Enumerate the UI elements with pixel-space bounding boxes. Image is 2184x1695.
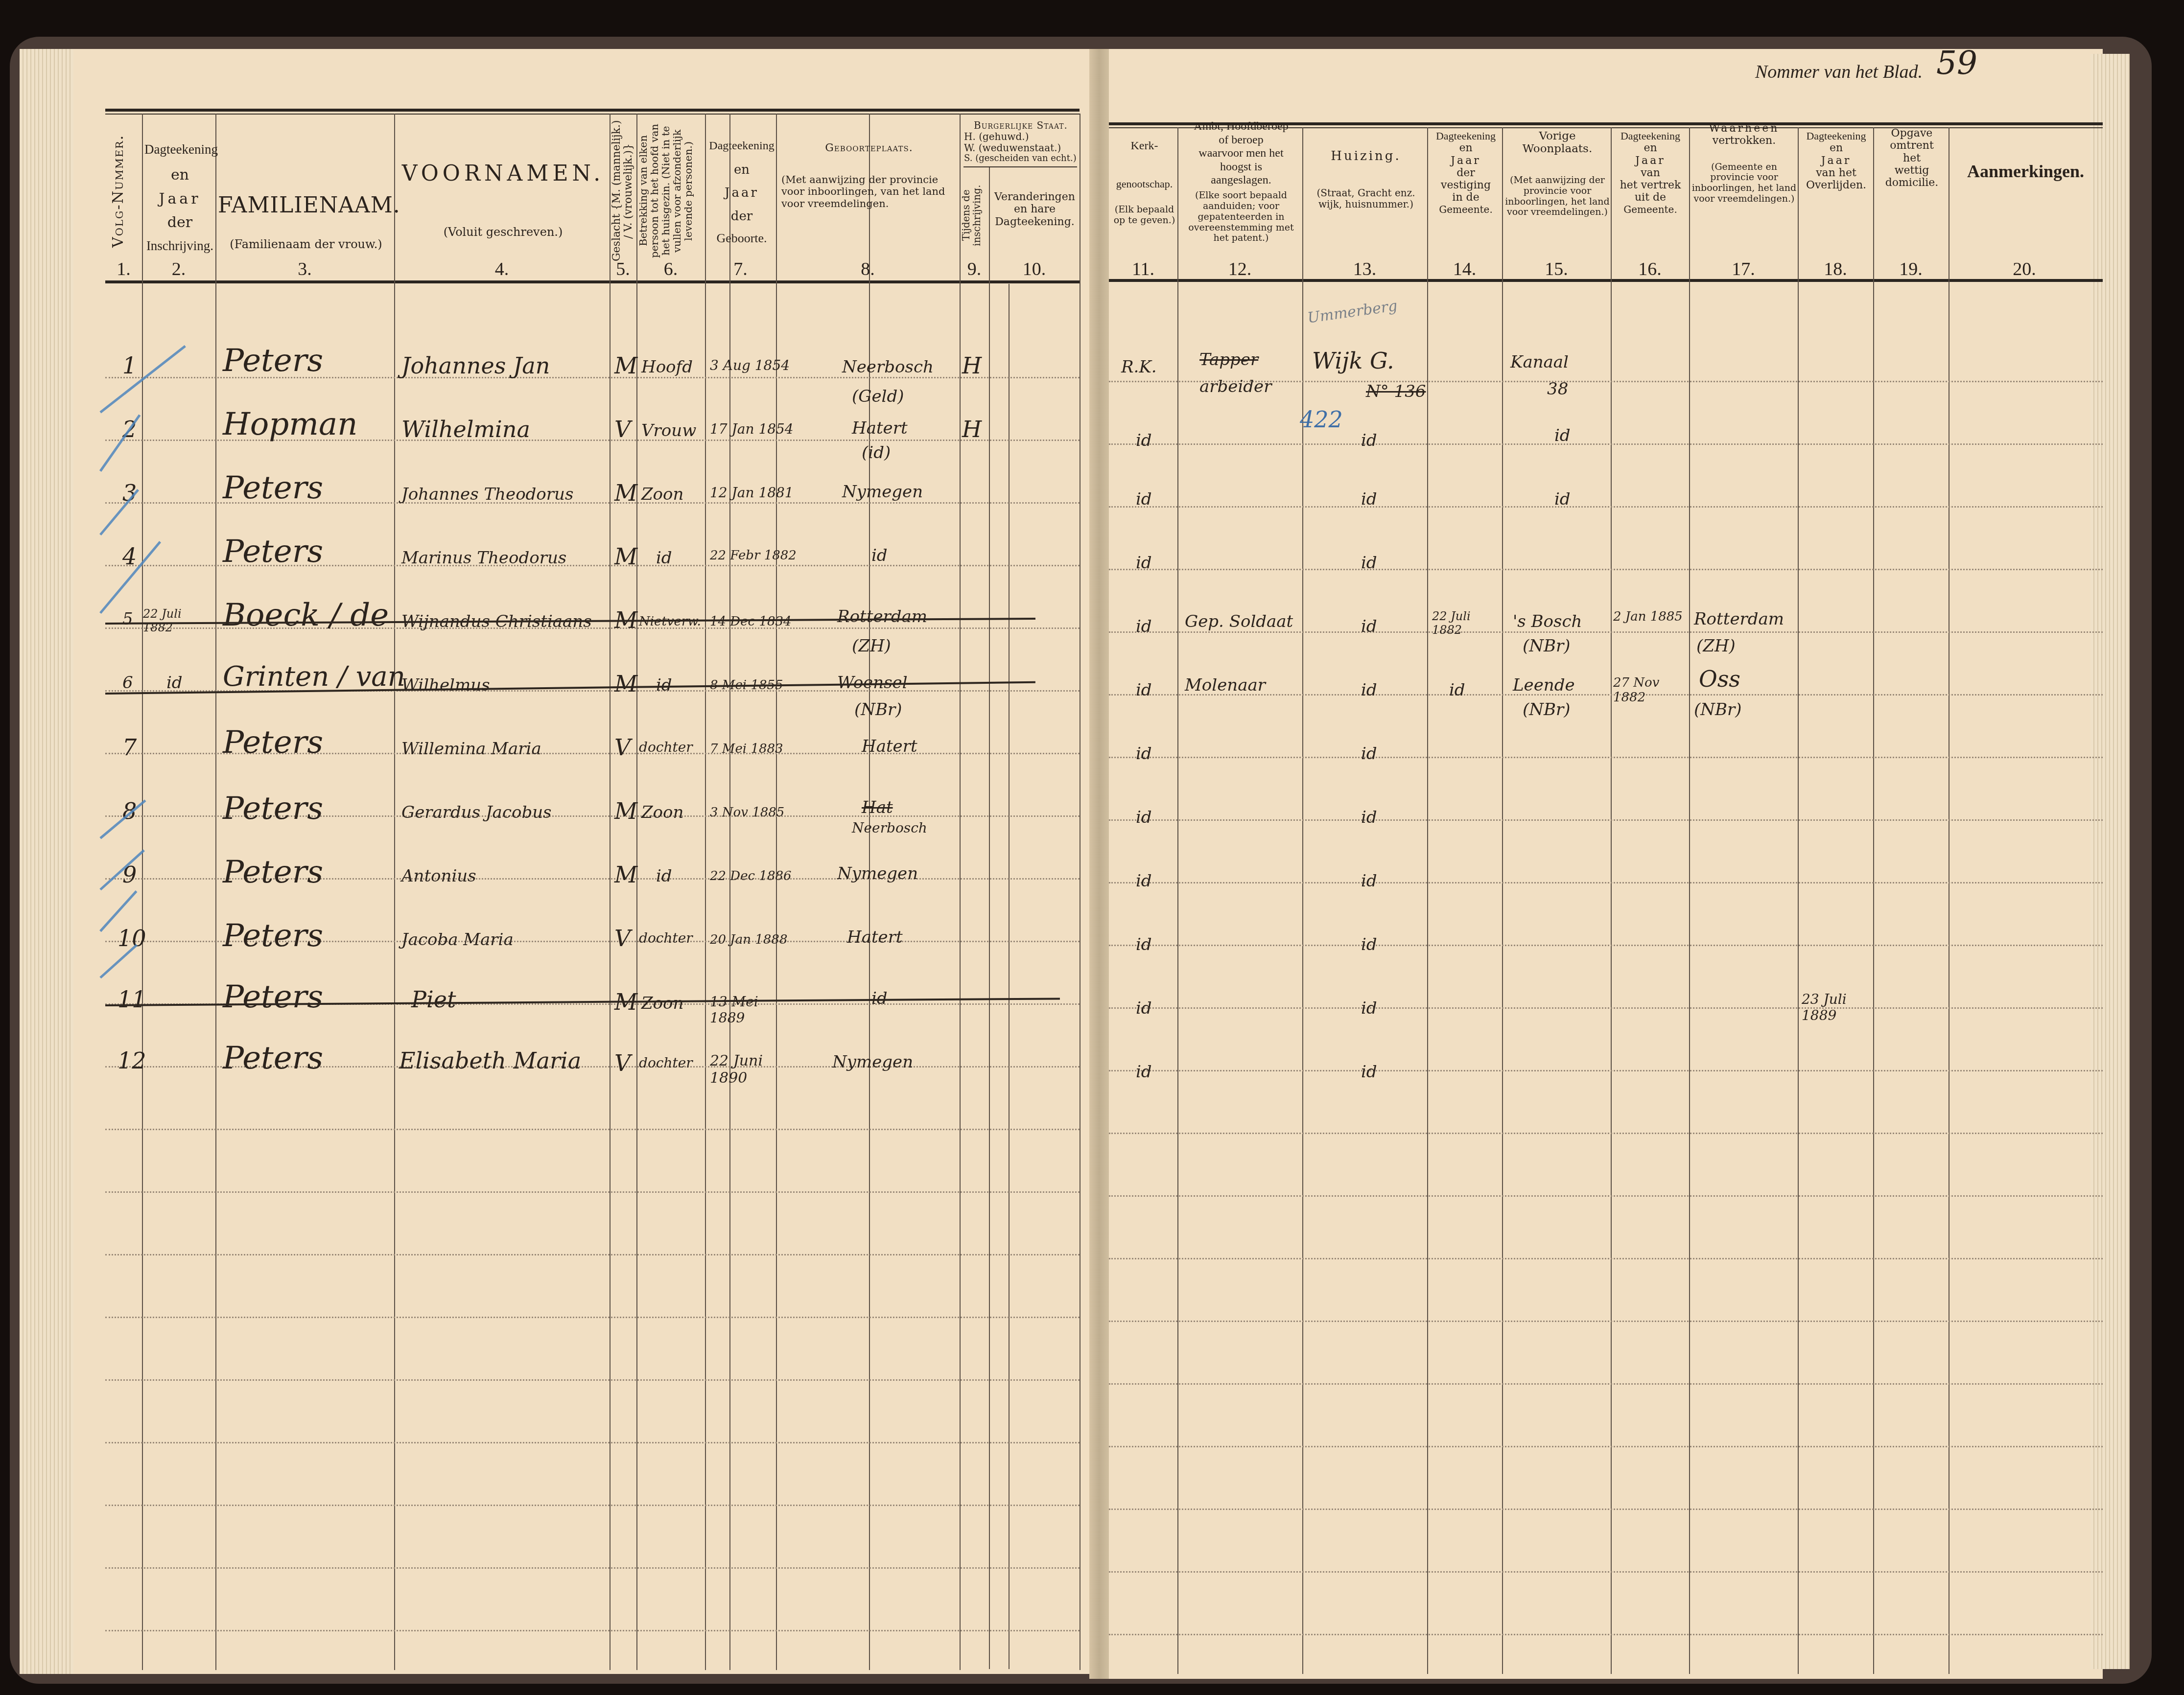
ruled-line-right bbox=[1109, 1070, 2103, 1071]
col-line bbox=[610, 114, 611, 1670]
entry-7-kerk: id bbox=[1136, 744, 1152, 764]
col-num-9: 9. bbox=[960, 258, 989, 280]
entry-10-kerk: id bbox=[1136, 935, 1152, 954]
header-text: en bbox=[1799, 142, 1873, 154]
col-line bbox=[1009, 284, 1010, 1669]
entry-11-geboorte: 13 Mei 1889 bbox=[710, 994, 783, 1026]
entry-1-betrekking: Hoofd bbox=[641, 357, 693, 377]
col-num-4: 4. bbox=[394, 258, 610, 280]
col-num-12: 12. bbox=[1177, 258, 1302, 280]
header-text: Jaar bbox=[707, 186, 776, 201]
entry-1-nr: 1 bbox=[122, 352, 137, 379]
entry-8-geboorteplaats: Neerbosch bbox=[852, 820, 927, 836]
header-text: van bbox=[1612, 167, 1689, 179]
col-num-3: 3. bbox=[215, 258, 394, 280]
entry-12-voornamen: Elisabeth Maria bbox=[399, 1047, 581, 1074]
entry-2-geslacht: V bbox=[614, 416, 631, 442]
header-text: (Met aanwijzing der provincie voor inboo… bbox=[1504, 175, 1611, 218]
entry-12-familienaam: Peters bbox=[223, 1040, 323, 1076]
page-number-value: 59 bbox=[1936, 44, 1977, 82]
entry-1-kerk: R.K. bbox=[1121, 357, 1157, 377]
entry-2-voornamen: Wilhelmina bbox=[401, 416, 530, 442]
entry-8-familienaam: Peters bbox=[223, 790, 323, 827]
header-text: (Met aanwijzing der provincie voor inboo… bbox=[778, 174, 960, 209]
entry-11-huizing: id bbox=[1361, 998, 1377, 1018]
entry-8-betrekking: Zoon bbox=[641, 803, 683, 822]
header-text: waarvoor men het bbox=[1180, 147, 1302, 161]
entry-4-familienaam: Peters bbox=[223, 534, 323, 570]
entry-7-nr: 7 bbox=[122, 734, 137, 761]
col-num-2: 2. bbox=[142, 258, 215, 280]
entry-6-vertrek: 27 Nov 1882 bbox=[1613, 675, 1687, 705]
entry-9-betrekking: id bbox=[656, 866, 672, 886]
entry-8-geslacht: M bbox=[614, 798, 637, 824]
entry-2-geboorteplaats-prov: (id) bbox=[862, 443, 891, 463]
header-geslacht: Geslacht {M. (mannelijk.) / V. (vrouweli… bbox=[611, 117, 636, 264]
header-text: of beroep bbox=[1180, 134, 1302, 147]
ruled-line-right bbox=[1109, 1195, 2103, 1197]
entry-4-geboorte: 22 Febr 1882 bbox=[710, 548, 797, 563]
entry-6-beroep: Molenaar bbox=[1185, 675, 1266, 695]
header-text: H. (gehuwd.) bbox=[962, 131, 1080, 142]
col-num-6: 6. bbox=[636, 258, 705, 280]
header-top-rule-left bbox=[105, 109, 1080, 112]
entry-11-kerk: id bbox=[1136, 998, 1152, 1018]
entry-7-geslacht: V bbox=[614, 734, 631, 761]
ruled-line-left bbox=[105, 1630, 1080, 1631]
ruled-line-right bbox=[1109, 1383, 2103, 1385]
col-line bbox=[1080, 114, 1080, 1670]
entry-5-waarheen-prov: (ZH) bbox=[1696, 636, 1736, 656]
col-num-7: 7. bbox=[705, 258, 776, 280]
entry-3-vorige-woonplaats: id bbox=[1554, 489, 1571, 509]
entry-9-geboorte: 22 Dec 1886 bbox=[710, 869, 792, 883]
entry-11-familienaam: Peters bbox=[223, 979, 323, 1015]
header-text: Kerk- bbox=[1111, 139, 1177, 153]
ruled-line-right bbox=[1109, 1007, 2103, 1009]
header-kerkgenootschap: Kerk- genootschap. (Elk bepaald op te ge… bbox=[1111, 139, 1177, 226]
entry-5-beroep: Gep. Soldaat bbox=[1185, 612, 1293, 631]
header-text: Dagteekening. bbox=[990, 216, 1080, 228]
header-text: Jaar bbox=[144, 191, 215, 208]
entry-1-familienaam: Peters bbox=[223, 343, 323, 379]
header-beroep: Ambt, Hoofdberoep of beroep waarvoor men… bbox=[1180, 120, 1302, 244]
entry-6-geslacht: M bbox=[614, 671, 637, 697]
entry-6-familienaam: Grinten / van bbox=[223, 661, 405, 693]
header-text: vestiging bbox=[1430, 179, 1502, 191]
header-top-thinrule-left bbox=[105, 114, 1080, 115]
entry-10-geboorteplaats: Hatert bbox=[847, 928, 903, 947]
entry-5-geboorte: 14 Dec 1834 bbox=[710, 614, 792, 629]
col-line bbox=[989, 166, 990, 1669]
ruled-line-left bbox=[105, 1254, 1080, 1255]
entry-1-beroep-struck: Tapper bbox=[1199, 350, 1258, 370]
ruled-line-right bbox=[1109, 1634, 2103, 1635]
col-line bbox=[1798, 127, 1799, 1674]
col-line bbox=[869, 114, 870, 1670]
entry-7-voornamen: Willemina Maria bbox=[401, 739, 541, 759]
entry-8-voornamen: Gerardus Jacobus bbox=[401, 803, 552, 822]
entry-3-voornamen: Johannes Theodorus bbox=[401, 485, 573, 504]
header-bottom-rule-left bbox=[105, 280, 1080, 283]
entry-5-familienaam: Boeck / de bbox=[223, 597, 389, 633]
entry-1-geboorteplaats-prov: (Geld) bbox=[852, 387, 904, 406]
header-text: Dagteekening bbox=[1799, 130, 1873, 142]
entry-4-kerk: id bbox=[1136, 553, 1152, 573]
header-text: het vertrek bbox=[1612, 179, 1689, 191]
entry-1-burg-staat: H bbox=[962, 352, 982, 379]
col-line bbox=[1302, 127, 1303, 1674]
col-line bbox=[1427, 127, 1428, 1674]
header-vestiging: Dagteekening en Jaar der vestiging in de… bbox=[1430, 130, 1502, 215]
entry-12-geboorte: 22 Juni 1890 bbox=[710, 1052, 778, 1087]
entry-8-huizing: id bbox=[1361, 808, 1377, 827]
entry-9-geslacht: M bbox=[614, 861, 637, 888]
header-text: Dagteekening bbox=[1430, 130, 1502, 142]
col-num-20: 20. bbox=[1949, 258, 2100, 280]
entry-6-vorige-woonplaats-prov: (NBr) bbox=[1523, 700, 1571, 720]
entry-1-geslacht: M bbox=[614, 352, 637, 379]
entry-5-vestiging: 22 Juli 1882 bbox=[1432, 609, 1501, 637]
entry-12-kerk: id bbox=[1136, 1062, 1152, 1082]
entry-12-huizing: id bbox=[1361, 1062, 1377, 1082]
ruled-line-right bbox=[1109, 1258, 2103, 1259]
col-line bbox=[960, 114, 961, 1670]
header-text: (Straat, Gracht enz. wijk, huisnummer.) bbox=[1305, 187, 1427, 210]
header-waarheen: Waarheen vertrokken. (Gemeente en provin… bbox=[1691, 122, 1798, 205]
entry-1-geboorte: 3 Aug 1854 bbox=[710, 357, 790, 373]
header-text: Vorige bbox=[1504, 130, 1611, 142]
entry-5-waarheen: Rotterdam bbox=[1694, 609, 1784, 629]
entry-6-kerk: id bbox=[1136, 680, 1152, 700]
header-text: genootschap. bbox=[1111, 178, 1177, 190]
entry-5-vorige-woonplaats-prov: (NBr) bbox=[1523, 636, 1571, 656]
entry-11-overlijden: 23 Juli 1889 bbox=[1802, 991, 1870, 1023]
header-text: FAMILIENAAM. bbox=[218, 193, 394, 218]
entry-9-huizing: id bbox=[1361, 871, 1377, 891]
entry-11-voornamen: Piet bbox=[411, 986, 456, 1013]
entry-4-voornamen: Marinus Theodorus bbox=[401, 548, 566, 568]
col-num-1: 1. bbox=[105, 258, 142, 280]
header-text: Woonplaats. bbox=[1504, 142, 1611, 155]
col-num-11: 11. bbox=[1109, 258, 1177, 280]
entry-12-geboorteplaats: Nymegen bbox=[832, 1052, 913, 1072]
entry-1-beroep: arbeider bbox=[1199, 377, 1271, 396]
entry-7-geboorte: 7 Mei 1883 bbox=[710, 742, 783, 756]
entry-6-waarheen-prov: (NBr) bbox=[1694, 700, 1742, 720]
ruled-line-right bbox=[1109, 819, 2103, 821]
entry-10-geboorte: 20 Jan 1888 bbox=[710, 932, 787, 947]
header-text: en hare bbox=[990, 203, 1080, 215]
header-inschrijving: Dagteekening en Jaar der Inschrijving. bbox=[144, 142, 215, 254]
entry-1-geboorteplaats: Neerbosch bbox=[842, 357, 934, 377]
col-num-19: 19. bbox=[1873, 258, 1949, 280]
header-text: der bbox=[1430, 167, 1502, 179]
entry-2-geboorteplaats: Hatert bbox=[852, 418, 908, 438]
ruled-line-right bbox=[1109, 569, 2103, 570]
ruled-line-right bbox=[1109, 1571, 2103, 1573]
entry-12-geslacht: V bbox=[614, 1050, 631, 1076]
ruled-line-left bbox=[105, 1442, 1080, 1443]
col-line bbox=[776, 114, 777, 1670]
header-aanmerkingen: Aanmerkingen. bbox=[1951, 162, 2100, 182]
header-vorige-woonplaats: Vorige Woonplaats. (Met aanwijzing der p… bbox=[1504, 130, 1611, 218]
entry-2-kerk: id bbox=[1136, 431, 1152, 450]
entry-5-vorige-woonplaats: 's Bosch bbox=[1513, 612, 1582, 631]
entry-10-familienaam: Peters bbox=[223, 918, 323, 954]
col-num-14: 14. bbox=[1427, 258, 1502, 280]
header-text: S. (gescheiden van echt.) bbox=[962, 154, 1080, 164]
ruled-line-right bbox=[1109, 506, 2103, 508]
header-volg-nummer: Volg-Nummer. bbox=[110, 127, 135, 255]
header-text: hoogst is bbox=[1180, 161, 1302, 174]
ruled-line-right bbox=[1109, 1321, 2103, 1322]
header-text: (Voluit geschreven.) bbox=[397, 226, 610, 239]
entry-10-geslacht: V bbox=[614, 925, 631, 952]
ruled-line-left bbox=[105, 1379, 1080, 1381]
header-text: en bbox=[707, 163, 776, 178]
header-text: het bbox=[1875, 152, 1949, 164]
header-overlijden: Dagteekening en Jaar van het Overlijden. bbox=[1799, 130, 1873, 191]
col-line bbox=[1177, 127, 1178, 1674]
header-text: en bbox=[144, 167, 215, 184]
ruled-line-right bbox=[1109, 631, 2103, 633]
header-text: wettig bbox=[1875, 164, 1949, 177]
col-num-16: 16. bbox=[1611, 258, 1689, 280]
header-text: Burgerlijke Staat. bbox=[962, 120, 1080, 131]
entry-5-vertrek: 2 Jan 1885 bbox=[1613, 609, 1687, 624]
burgerlijke-staat-brace bbox=[963, 166, 1077, 167]
entry-6-vestiging: id bbox=[1449, 680, 1465, 700]
entry-2-geboorte: 17 Jan 1854 bbox=[710, 421, 794, 437]
header-text: Dagteekening bbox=[1612, 130, 1689, 142]
ruled-line-right bbox=[1109, 757, 2103, 758]
header-betrekking: Betrekking van elken persoon tot het hoo… bbox=[638, 117, 704, 264]
entry-1-huizing-struck: N° 136 bbox=[1366, 382, 1426, 401]
entry-5-geboorteplaats: Rotterdam bbox=[837, 607, 927, 627]
header-text: vertrokken. bbox=[1691, 135, 1798, 147]
entry-4-huizing: id bbox=[1361, 553, 1377, 573]
col-line bbox=[142, 114, 143, 1670]
header-text: uit de bbox=[1612, 191, 1689, 204]
ruled-line-left bbox=[105, 1317, 1080, 1318]
header-veranderingen: Veranderingen en hare Dagteekening. bbox=[990, 191, 1080, 228]
entry-1-voornamen: Johannes Jan bbox=[401, 352, 550, 379]
entry-4-geboorteplaats: id bbox=[871, 546, 888, 565]
header-text: der bbox=[144, 214, 215, 232]
entry-1-vorige-woonplaats-nr: 38 bbox=[1547, 379, 1568, 399]
entry-6-nr: 6 bbox=[122, 673, 133, 693]
header-huizing: Huizing. (Straat, Gracht enz. wijk, huis… bbox=[1305, 149, 1427, 210]
ruled-line-right bbox=[1109, 945, 2103, 946]
entry-4-geslacht: M bbox=[614, 543, 637, 570]
ruled-line-right bbox=[1109, 882, 2103, 883]
entry-7-familienaam: Peters bbox=[223, 724, 323, 761]
header-text: Huizing. bbox=[1305, 149, 1427, 164]
header-domicilie: Opgave omtrent het wettig domicilie. bbox=[1875, 127, 1949, 189]
ruled-line-left bbox=[105, 1129, 1080, 1130]
header-geboorteplaats: Geboorteplaats. (Met aanwijzing der prov… bbox=[778, 142, 960, 209]
header-text: (Gemeente en provincie voor inboorlingen… bbox=[1691, 162, 1798, 205]
entry-2-huizing: id bbox=[1361, 431, 1377, 450]
header-text: Waarheen bbox=[1691, 122, 1798, 135]
header-text: Dagteekening bbox=[707, 139, 776, 153]
entry-6-huizing: id bbox=[1361, 680, 1377, 700]
header-text: Inschrijving. bbox=[144, 238, 215, 254]
entry-2-familienaam: Hopman bbox=[223, 406, 357, 442]
header-text: van het bbox=[1799, 167, 1873, 179]
header-text: Aanmerkingen. bbox=[1951, 162, 2100, 182]
header-text: in de bbox=[1430, 191, 1502, 204]
col-num-17: 17. bbox=[1689, 258, 1798, 280]
entry-3-betrekking: Zoon bbox=[641, 485, 683, 504]
right-page-edges bbox=[2090, 54, 2130, 1669]
entry-7-huizing: id bbox=[1361, 744, 1377, 764]
entry-11-betrekking: Zoon bbox=[641, 994, 683, 1013]
col-num-15: 15. bbox=[1502, 258, 1611, 280]
entry-4-betrekking: id bbox=[656, 548, 672, 568]
ruled-line-left bbox=[105, 1567, 1080, 1569]
ruled-line-right bbox=[1109, 1509, 2103, 1510]
entry-1-huizing: Wijk G. bbox=[1312, 348, 1394, 374]
header-text: Jaar bbox=[1430, 155, 1502, 167]
col-line bbox=[705, 114, 706, 1670]
header-text: der bbox=[707, 209, 776, 224]
page-number-label: Nommer van het Blad. bbox=[1755, 61, 1923, 83]
entry-7-betrekking: dochter bbox=[639, 739, 693, 755]
entry-5-nr: 5 bbox=[122, 609, 133, 629]
header-text: (Elk bepaald op te geven.) bbox=[1111, 205, 1177, 226]
header-text: Jaar bbox=[1612, 155, 1689, 167]
header-text: Gemeente. bbox=[1430, 204, 1502, 215]
col-line bbox=[394, 114, 395, 1670]
ruled-line-right bbox=[1109, 1446, 2103, 1447]
header-geboorte-datum: Dagteekening en Jaar der Geboorte. bbox=[707, 139, 776, 246]
entry-4-nr: 4 bbox=[122, 543, 137, 570]
ruled-line-right bbox=[1109, 443, 2103, 445]
header-text: Ambt, Hoofdberoep bbox=[1180, 120, 1302, 134]
header-tijdens-inschrijving: Tijdens de inschrijving. bbox=[961, 176, 988, 255]
entry-3-kerk: id bbox=[1136, 489, 1152, 509]
col-line bbox=[1502, 127, 1503, 1674]
col-line bbox=[215, 114, 216, 1670]
entry-6-voornamen: Wilhelmus bbox=[401, 675, 490, 695]
header-text: VOORNAMEN. bbox=[397, 162, 610, 186]
col-num-5: 5. bbox=[610, 258, 636, 280]
col-num-18: 18. bbox=[1798, 258, 1873, 280]
entry-9-familienaam: Peters bbox=[223, 854, 323, 890]
ruled-line-right bbox=[1109, 1133, 2103, 1134]
entry-8-kerk: id bbox=[1136, 808, 1152, 827]
header-text: Dagteekening bbox=[144, 142, 215, 157]
col-line bbox=[1949, 127, 1949, 1674]
header-text: Veranderingen bbox=[990, 191, 1080, 203]
header-text: Geboorteplaats. bbox=[778, 142, 960, 154]
entry-9-voornamen: Antonius bbox=[401, 866, 476, 886]
entry-3-geslacht: M bbox=[614, 480, 637, 506]
entry-10-voornamen: Jacoba Maria bbox=[401, 930, 514, 950]
header-text: W. (weduwenstaat.) bbox=[962, 142, 1080, 154]
col-line bbox=[1611, 127, 1612, 1674]
header-familienaam: FAMILIENAAM. (Familienaam der vrouw.) bbox=[218, 193, 394, 251]
ruled-line-left bbox=[105, 1505, 1080, 1506]
header-burgerlijke-staat: Burgerlijke Staat. H. (gehuwd.) W. (wedu… bbox=[962, 120, 1080, 164]
entry-9-kerk: id bbox=[1136, 871, 1152, 891]
entry-11-nr: 11 bbox=[117, 986, 146, 1013]
entry-3-geboorteplaats: Nymegen bbox=[842, 482, 923, 502]
entry-10-betrekking: dochter bbox=[639, 930, 693, 946]
entry-6-geboorteplaats-prov: (NBr) bbox=[854, 700, 902, 720]
entry-10-huizing: id bbox=[1361, 935, 1377, 954]
entry-6-waarheen: Oss bbox=[1699, 666, 1740, 692]
header-text: domicilie. bbox=[1875, 177, 1949, 189]
entry-1-vorige-woonplaats: Kanaal bbox=[1510, 352, 1569, 372]
entry-6-vorige-woonplaats: Leende bbox=[1513, 675, 1575, 695]
entry-3-geboorte: 12 Jan 1881 bbox=[710, 485, 794, 501]
ruled-line-left bbox=[105, 1191, 1080, 1193]
entry-5-inschrijving: 22 Juli 1882 bbox=[143, 607, 211, 634]
entry-7-geboorteplaats: Hatert bbox=[862, 737, 917, 756]
header-text: Jaar bbox=[1799, 155, 1873, 167]
header-text: (Elke soort bepaald aanduiden; voor gepa… bbox=[1180, 190, 1302, 244]
entry-5-kerk: id bbox=[1136, 617, 1152, 636]
header-vertrek: Dagteekening en Jaar van het vertrek uit… bbox=[1612, 130, 1689, 215]
col-line bbox=[1873, 127, 1874, 1674]
col-line bbox=[729, 114, 730, 1670]
header-text: en bbox=[1612, 142, 1689, 154]
entry-9-geboorteplaats: Nymegen bbox=[837, 864, 918, 883]
right-page bbox=[1109, 49, 2103, 1679]
entry-5-geboorteplaats-prov: (ZH) bbox=[852, 636, 891, 656]
entry-2-burg-staat: H bbox=[962, 416, 982, 442]
header-text: aangeslagen. bbox=[1180, 174, 1302, 187]
entry-2-betrekking: Vrouw bbox=[641, 421, 696, 441]
entry-12-nr: 12 bbox=[117, 1047, 146, 1074]
header-text: Gemeente. bbox=[1612, 204, 1689, 215]
entry-3-familienaam: Peters bbox=[223, 470, 323, 506]
header-text: Geboorte. bbox=[707, 231, 776, 246]
entry-1-huizing-new: 422 bbox=[1300, 406, 1343, 433]
col-num-8: 8. bbox=[776, 258, 960, 280]
header-text: (Familienaam der vrouw.) bbox=[218, 238, 394, 252]
col-line bbox=[636, 114, 637, 1670]
entry-6-inschrijving: id bbox=[166, 673, 183, 693]
header-text: omtrent bbox=[1875, 139, 1949, 152]
col-line bbox=[1689, 127, 1690, 1674]
entry-2-vorige-woonplaats: id bbox=[1554, 426, 1571, 445]
header-text: Opgave bbox=[1875, 127, 1949, 139]
entry-5-huizing: id bbox=[1361, 617, 1377, 636]
header-text: Overlijden. bbox=[1799, 179, 1873, 191]
entry-8-geboorteplaats-struck: Hat bbox=[862, 798, 893, 817]
entry-3-huizing: id bbox=[1361, 489, 1377, 509]
header-voornamen: VOORNAMEN. (Voluit geschreven.) bbox=[397, 162, 610, 239]
entry-8-geboorte: 3 Nov 1885 bbox=[710, 805, 784, 820]
col-num-10: 10. bbox=[989, 258, 1080, 280]
col-num-13: 13. bbox=[1302, 258, 1427, 280]
header-text: en bbox=[1430, 142, 1502, 154]
entry-12-betrekking: dochter bbox=[639, 1055, 693, 1071]
